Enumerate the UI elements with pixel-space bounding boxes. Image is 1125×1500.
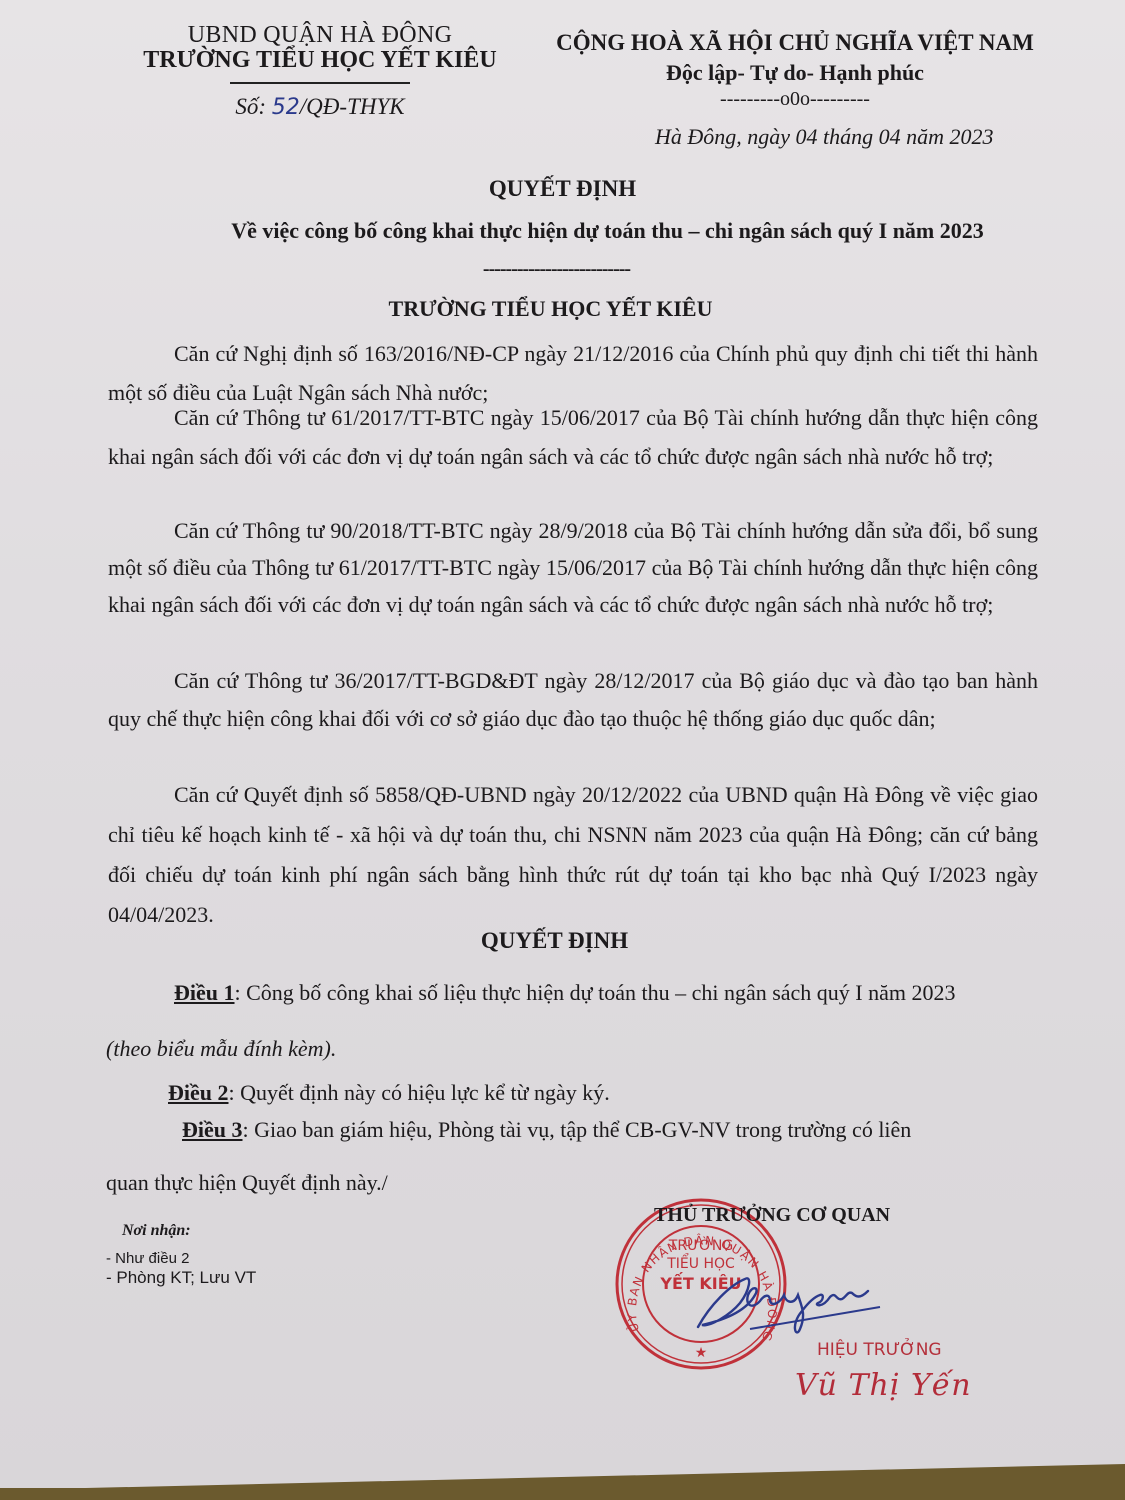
place-date: Hà Đông, ngày 04 tháng 04 năm 2023 bbox=[655, 124, 994, 150]
signatory-role: HIỆU TRƯỞNG bbox=[817, 1340, 942, 1360]
article-3-continuation: quan thực hiện Quyết định này./ bbox=[106, 1170, 388, 1196]
basis-paragraph: Căn cứ Thông tư 36/2017/TT-BGD&ĐT ngày 2… bbox=[108, 662, 1038, 738]
basis-paragraph: Căn cứ Thông tư 90/2018/TT-BTC ngày 28/9… bbox=[108, 512, 1038, 623]
article-text: : Quyết định này có hiệu lực kể từ ngày … bbox=[229, 1080, 610, 1105]
signatory-title: THỦ TRƯỞNG CƠ QUAN bbox=[654, 1204, 890, 1227]
header-underline bbox=[230, 82, 410, 84]
issuer-title: TRƯỜNG TIỂU HỌC YẾT KIÊU bbox=[0, 296, 1113, 322]
school-name: TRƯỜNG TIỂU HỌC YẾT KIÊU bbox=[110, 47, 530, 74]
article-text: : Giao ban giám hiệu, Phòng tài vụ, tập … bbox=[243, 1117, 912, 1142]
basis-text: Căn cứ Thông tư 36/2017/TT-BGD&ĐT ngày 2… bbox=[108, 668, 1038, 731]
article-1: Điều 1: Công bố công khai số liệu thực h… bbox=[174, 980, 956, 1006]
title-rule: -------------------------- bbox=[0, 258, 1119, 281]
signatory-name: Vũ Thị Yến bbox=[795, 1368, 972, 1403]
national-header: CỘNG HOÀ XÃ HỘI CHỦ NGHĨA VIỆT NAM Độc l… bbox=[520, 30, 1070, 111]
article-label: Điều 2 bbox=[168, 1080, 229, 1105]
article-label: Điều 3 bbox=[182, 1117, 243, 1142]
document-number: Số: 52/QĐ-THYK bbox=[110, 94, 530, 120]
motto-separator: ---------o0o--------- bbox=[520, 88, 1070, 111]
document-type: QUYẾT ĐỊNH bbox=[0, 176, 1125, 202]
handwritten-signature-icon bbox=[690, 1255, 890, 1345]
recipient-item: - Phòng KT; Lưu VT bbox=[106, 1268, 256, 1288]
document-subject: Về việc công bố công khai thực hiện dự t… bbox=[45, 218, 1125, 244]
recipient-item: - Như điều 2 bbox=[106, 1250, 189, 1267]
basis-text: Căn cứ Thông tư 90/2018/TT-BTC ngày 28/9… bbox=[108, 518, 1038, 617]
article-2: Điều 2: Quyết định này có hiệu lực kể từ… bbox=[168, 1080, 610, 1106]
basis-paragraph: Căn cứ Thông tư 61/2017/TT-BTC ngày 15/0… bbox=[108, 398, 1038, 476]
recipients-heading: Nơi nhận: bbox=[122, 1222, 191, 1240]
number-suffix: /QĐ-THYK bbox=[300, 94, 405, 119]
handwritten-number: 52 bbox=[272, 95, 300, 120]
authority-name: UBND QUẬN HÀ ĐÔNG bbox=[110, 22, 530, 49]
svg-text:★: ★ bbox=[695, 1346, 708, 1361]
country-name: CỘNG HOÀ XÃ HỘI CHỦ NGHĨA VIỆT NAM bbox=[520, 30, 1070, 56]
stamp-line: TRƯỜNG bbox=[612, 1238, 790, 1254]
article-1-note: (theo biểu mẫu đính kèm). bbox=[106, 1036, 336, 1062]
article-3: Điều 3: Giao ban giám hiệu, Phòng tài vụ… bbox=[182, 1117, 911, 1143]
decision-heading: QUYẾT ĐỊNH bbox=[0, 928, 1117, 954]
basis-text: Căn cứ Thông tư 61/2017/TT-BTC ngày 15/0… bbox=[108, 405, 1038, 469]
issuer-header: UBND QUẬN HÀ ĐÔNG TRƯỜNG TIỂU HỌC YẾT KI… bbox=[110, 22, 530, 120]
national-motto: Độc lập- Tự do- Hạnh phúc bbox=[520, 60, 1070, 86]
number-prefix: Số: bbox=[235, 94, 266, 119]
basis-text: Căn cứ Quyết định số 5858/QĐ-UBND ngày 2… bbox=[108, 782, 1038, 927]
basis-text: Căn cứ Nghị định số 163/2016/NĐ-CP ngày … bbox=[108, 341, 1038, 405]
basis-paragraph: Căn cứ Quyết định số 5858/QĐ-UBND ngày 2… bbox=[108, 775, 1038, 935]
article-text: : Công bố công khai số liệu thực hiện dự… bbox=[235, 980, 956, 1005]
article-label: Điều 1 bbox=[174, 980, 235, 1005]
